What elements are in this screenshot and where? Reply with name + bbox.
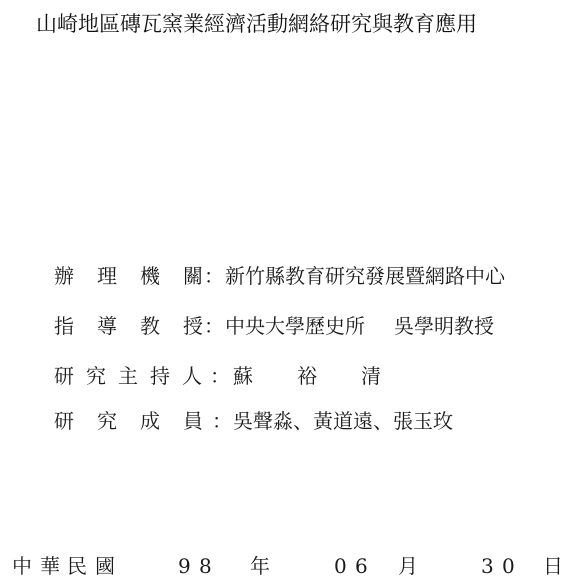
label-char: 授 bbox=[183, 313, 203, 339]
era-char: 民 bbox=[67, 553, 87, 579]
era-char: 中 bbox=[12, 553, 32, 579]
members-value: 吳聲淼、黃道遠、張玉玫 bbox=[233, 408, 453, 434]
colon: ： bbox=[212, 408, 232, 434]
month-unit: 月 bbox=[398, 553, 418, 579]
investigator-name-char: 清 bbox=[361, 363, 381, 389]
label-char: 導 bbox=[97, 313, 117, 339]
field-members: 研 究 成 員 ： 吳聲淼、黃道遠、張玉玫 bbox=[0, 408, 573, 434]
field-advisor: 指 導 教 授 ： 中央大學歷史所 吳學明教授 bbox=[0, 313, 573, 339]
month-digit: 6 bbox=[355, 553, 368, 579]
investigator-name-char: 裕 bbox=[297, 363, 317, 389]
field-organizer: 辦 理 機 關 ： 新竹縣教育研究發展暨網路中心 bbox=[0, 263, 573, 289]
year-digit: 8 bbox=[199, 553, 212, 579]
investigator-name-char: 蘇 bbox=[233, 363, 253, 389]
organizer-value: 新竹縣教育研究發展暨網路中心 bbox=[225, 263, 505, 289]
month-digit: 0 bbox=[334, 553, 347, 579]
label-char: 主 bbox=[118, 363, 138, 389]
label-char: 人 bbox=[182, 363, 202, 389]
label-char: 教 bbox=[140, 313, 160, 339]
year-digit: 9 bbox=[178, 553, 191, 579]
field-principal-investigator: 研 究 主 持 人 ： 蘇 裕 清 bbox=[0, 363, 573, 389]
day-unit: 日 bbox=[543, 553, 563, 579]
advisor-department: 中央大學歷史所 bbox=[225, 313, 365, 339]
document-title: 山崎地區磚瓦窯業經濟活動網絡研究與教育應用 bbox=[36, 10, 542, 38]
label-char: 持 bbox=[150, 363, 170, 389]
day-digit: 0 bbox=[502, 553, 515, 579]
label-char: 究 bbox=[86, 363, 106, 389]
label-char: 指 bbox=[54, 313, 74, 339]
label-char: 研 bbox=[54, 408, 74, 434]
era-char: 國 bbox=[95, 553, 115, 579]
label-char: 究 bbox=[97, 408, 117, 434]
colon: ： bbox=[204, 313, 224, 339]
date-line: 中 華 民 國 9 8 年 0 6 月 3 0 日 bbox=[0, 553, 573, 579]
label-char: 機 bbox=[140, 263, 160, 289]
colon: ： bbox=[210, 363, 230, 389]
day-digit: 3 bbox=[481, 553, 494, 579]
label-char: 員 bbox=[183, 408, 203, 434]
era-char: 華 bbox=[40, 553, 60, 579]
year-unit: 年 bbox=[250, 553, 270, 579]
label-char: 理 bbox=[97, 263, 117, 289]
colon: ： bbox=[204, 263, 224, 289]
label-char: 關 bbox=[183, 263, 203, 289]
advisor-name: 吳學明教授 bbox=[394, 313, 494, 339]
label-char: 研 bbox=[54, 363, 74, 389]
label-char: 成 bbox=[140, 408, 160, 434]
label-char: 辦 bbox=[54, 263, 74, 289]
